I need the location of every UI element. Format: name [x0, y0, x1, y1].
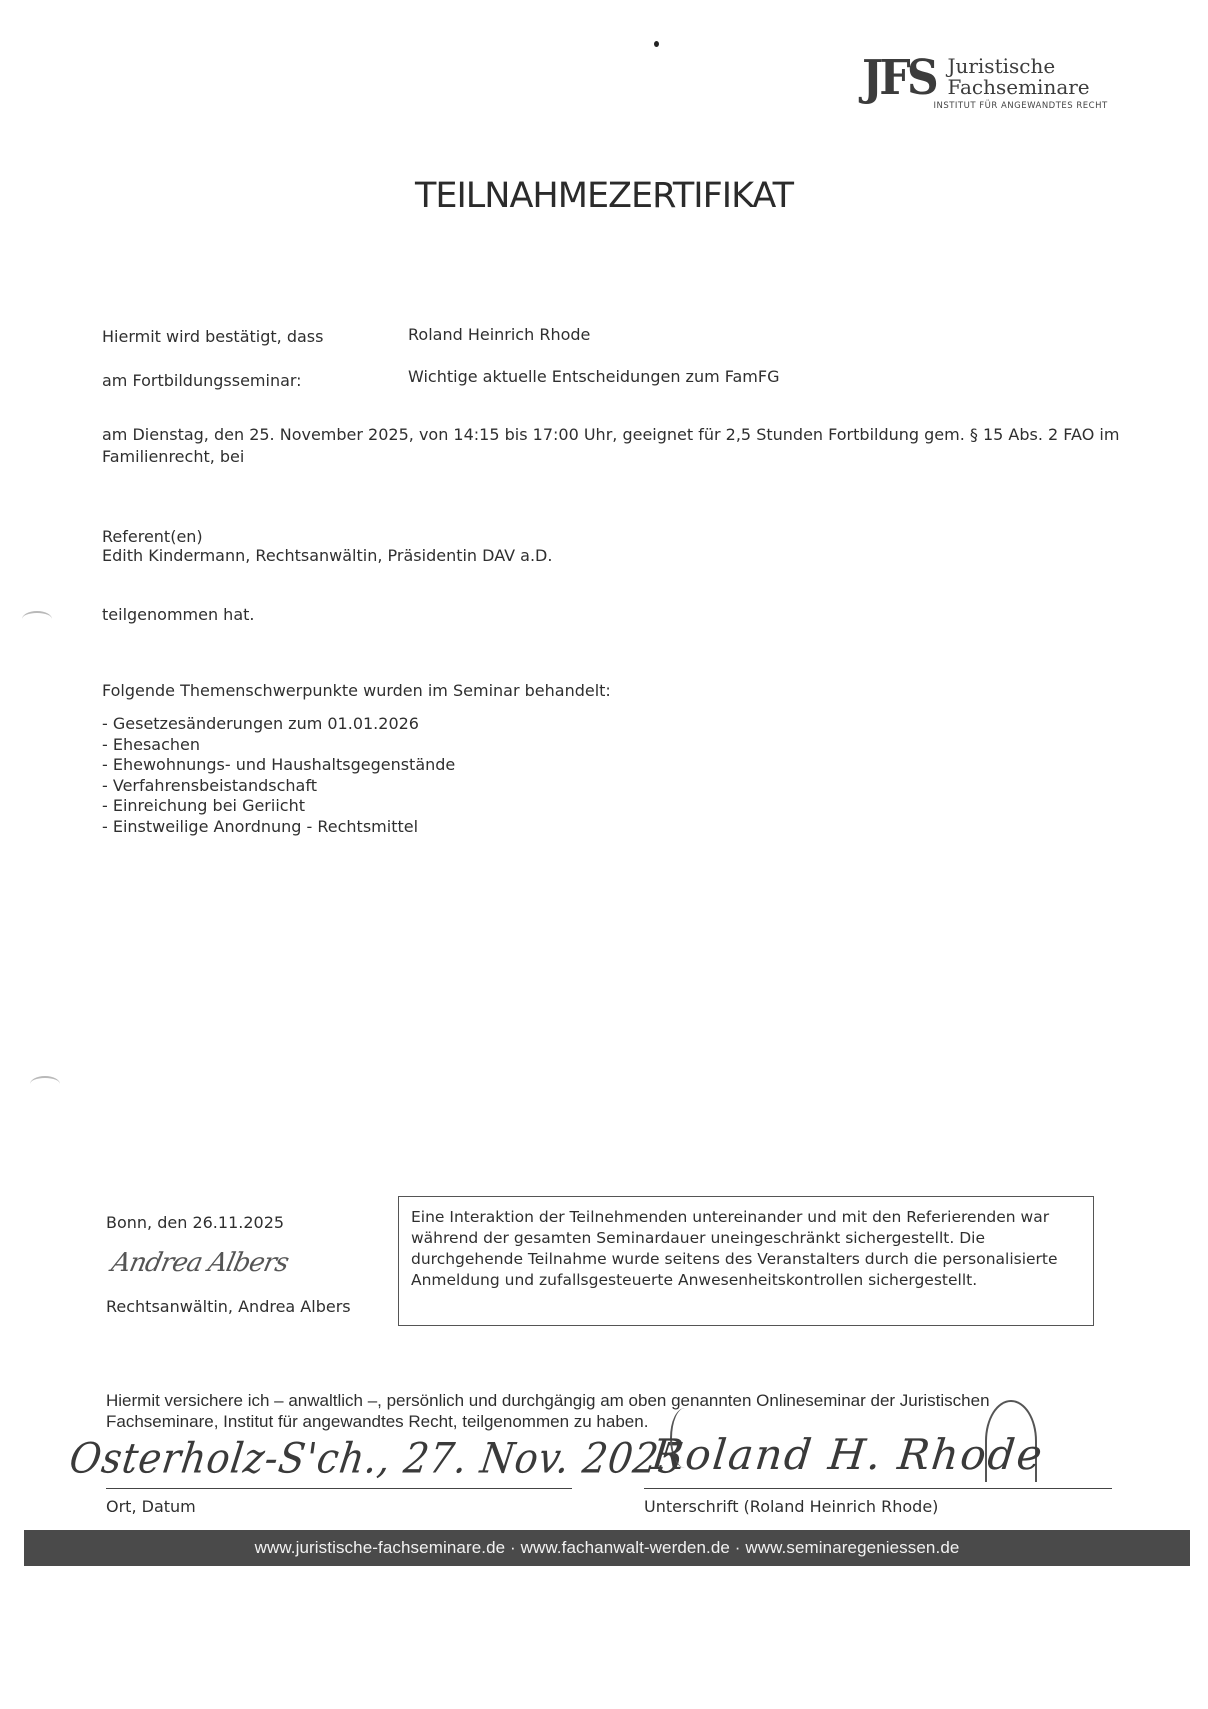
signature-label: Unterschrift (Roland Heinrich Rhode): [644, 1496, 938, 1517]
punch-hole-mark: [30, 1076, 60, 1092]
seminar-date-paragraph: am Dienstag, den 25. November 2025, von …: [102, 424, 1122, 468]
topics-heading: Folgende Themenschwerpunkte wurden im Se…: [102, 680, 611, 701]
attendance-info-text: Eine Interaktion der Teilnehmenden unter…: [411, 1207, 1081, 1291]
topic-item: - Ehesachen: [102, 735, 455, 756]
logo-text: Juristische Fachseminare INSTITUT FÜR AN…: [947, 56, 1107, 111]
footer-bar: www.juristische-fachseminare.de · www.fa…: [24, 1530, 1190, 1566]
punch-hole-mark: [22, 611, 52, 627]
attendance-info-box: Eine Interaktion der Teilnehmenden unter…: [398, 1196, 1094, 1326]
logo-mark: JFS: [862, 56, 935, 100]
logo-subtitle: INSTITUT FÜR ANGEWANDTES RECHT: [933, 101, 1107, 111]
seminar-title: Wichtige aktuelle Entscheidungen zum Fam…: [408, 366, 780, 387]
place-date-label: Ort, Datum: [106, 1496, 196, 1517]
issuer-place-date: Bonn, den 26.11.2025: [106, 1212, 284, 1233]
participant-signature: Roland H. Rhode: [649, 1430, 1046, 1479]
topic-item: - Ehewohnungs- und Haushaltsgegenstände: [102, 755, 455, 776]
scan-dot: [654, 41, 659, 47]
topic-item: - Verfahrensbeistandschaft: [102, 776, 455, 797]
topic-item: - Einreichung bei Geriicht: [102, 796, 455, 817]
topic-item: - Gesetzesänderungen zum 01.01.2026: [102, 714, 455, 735]
handwritten-place-date: Osterholz-S'ch., 27. Nov. 2025: [67, 1434, 688, 1482]
speakers-heading: Referent(en): [102, 526, 203, 547]
issuer-signature: Andrea Albers: [109, 1248, 291, 1278]
jfs-logo: JFS Juristische Fachseminare INSTITUT FÜ…: [862, 56, 1108, 111]
participant-declaration: Hiermit versichere ich – anwaltlich –, p…: [106, 1390, 1086, 1432]
logo-name-line1: Juristische: [947, 56, 1107, 77]
topic-item: - Einstweilige Anordnung - Rechtsmittel: [102, 817, 455, 838]
issuer-title: Rechtsanwältin, Andrea Albers: [106, 1296, 351, 1317]
topics-list: - Gesetzesänderungen zum 01.01.2026 - Eh…: [102, 714, 455, 837]
place-date-line: [106, 1488, 572, 1489]
speakers-list: Edith Kindermann, Rechtsanwältin, Präsid…: [102, 545, 552, 566]
participant-name: Roland Heinrich Rhode: [408, 324, 590, 345]
participated-text: teilgenommen hat.: [102, 604, 254, 625]
document-title: TEILNAHMEZERTIFIKAT: [0, 176, 1208, 216]
signature-line: [644, 1488, 1112, 1489]
footer-links: www.juristische-fachseminare.de · www.fa…: [255, 1538, 960, 1558]
confirm-label: Hiermit wird bestätigt, dass: [102, 326, 323, 347]
seminar-label: am Fortbildungsseminar:: [102, 370, 302, 391]
logo-name-line2: Fachseminare: [947, 77, 1107, 98]
